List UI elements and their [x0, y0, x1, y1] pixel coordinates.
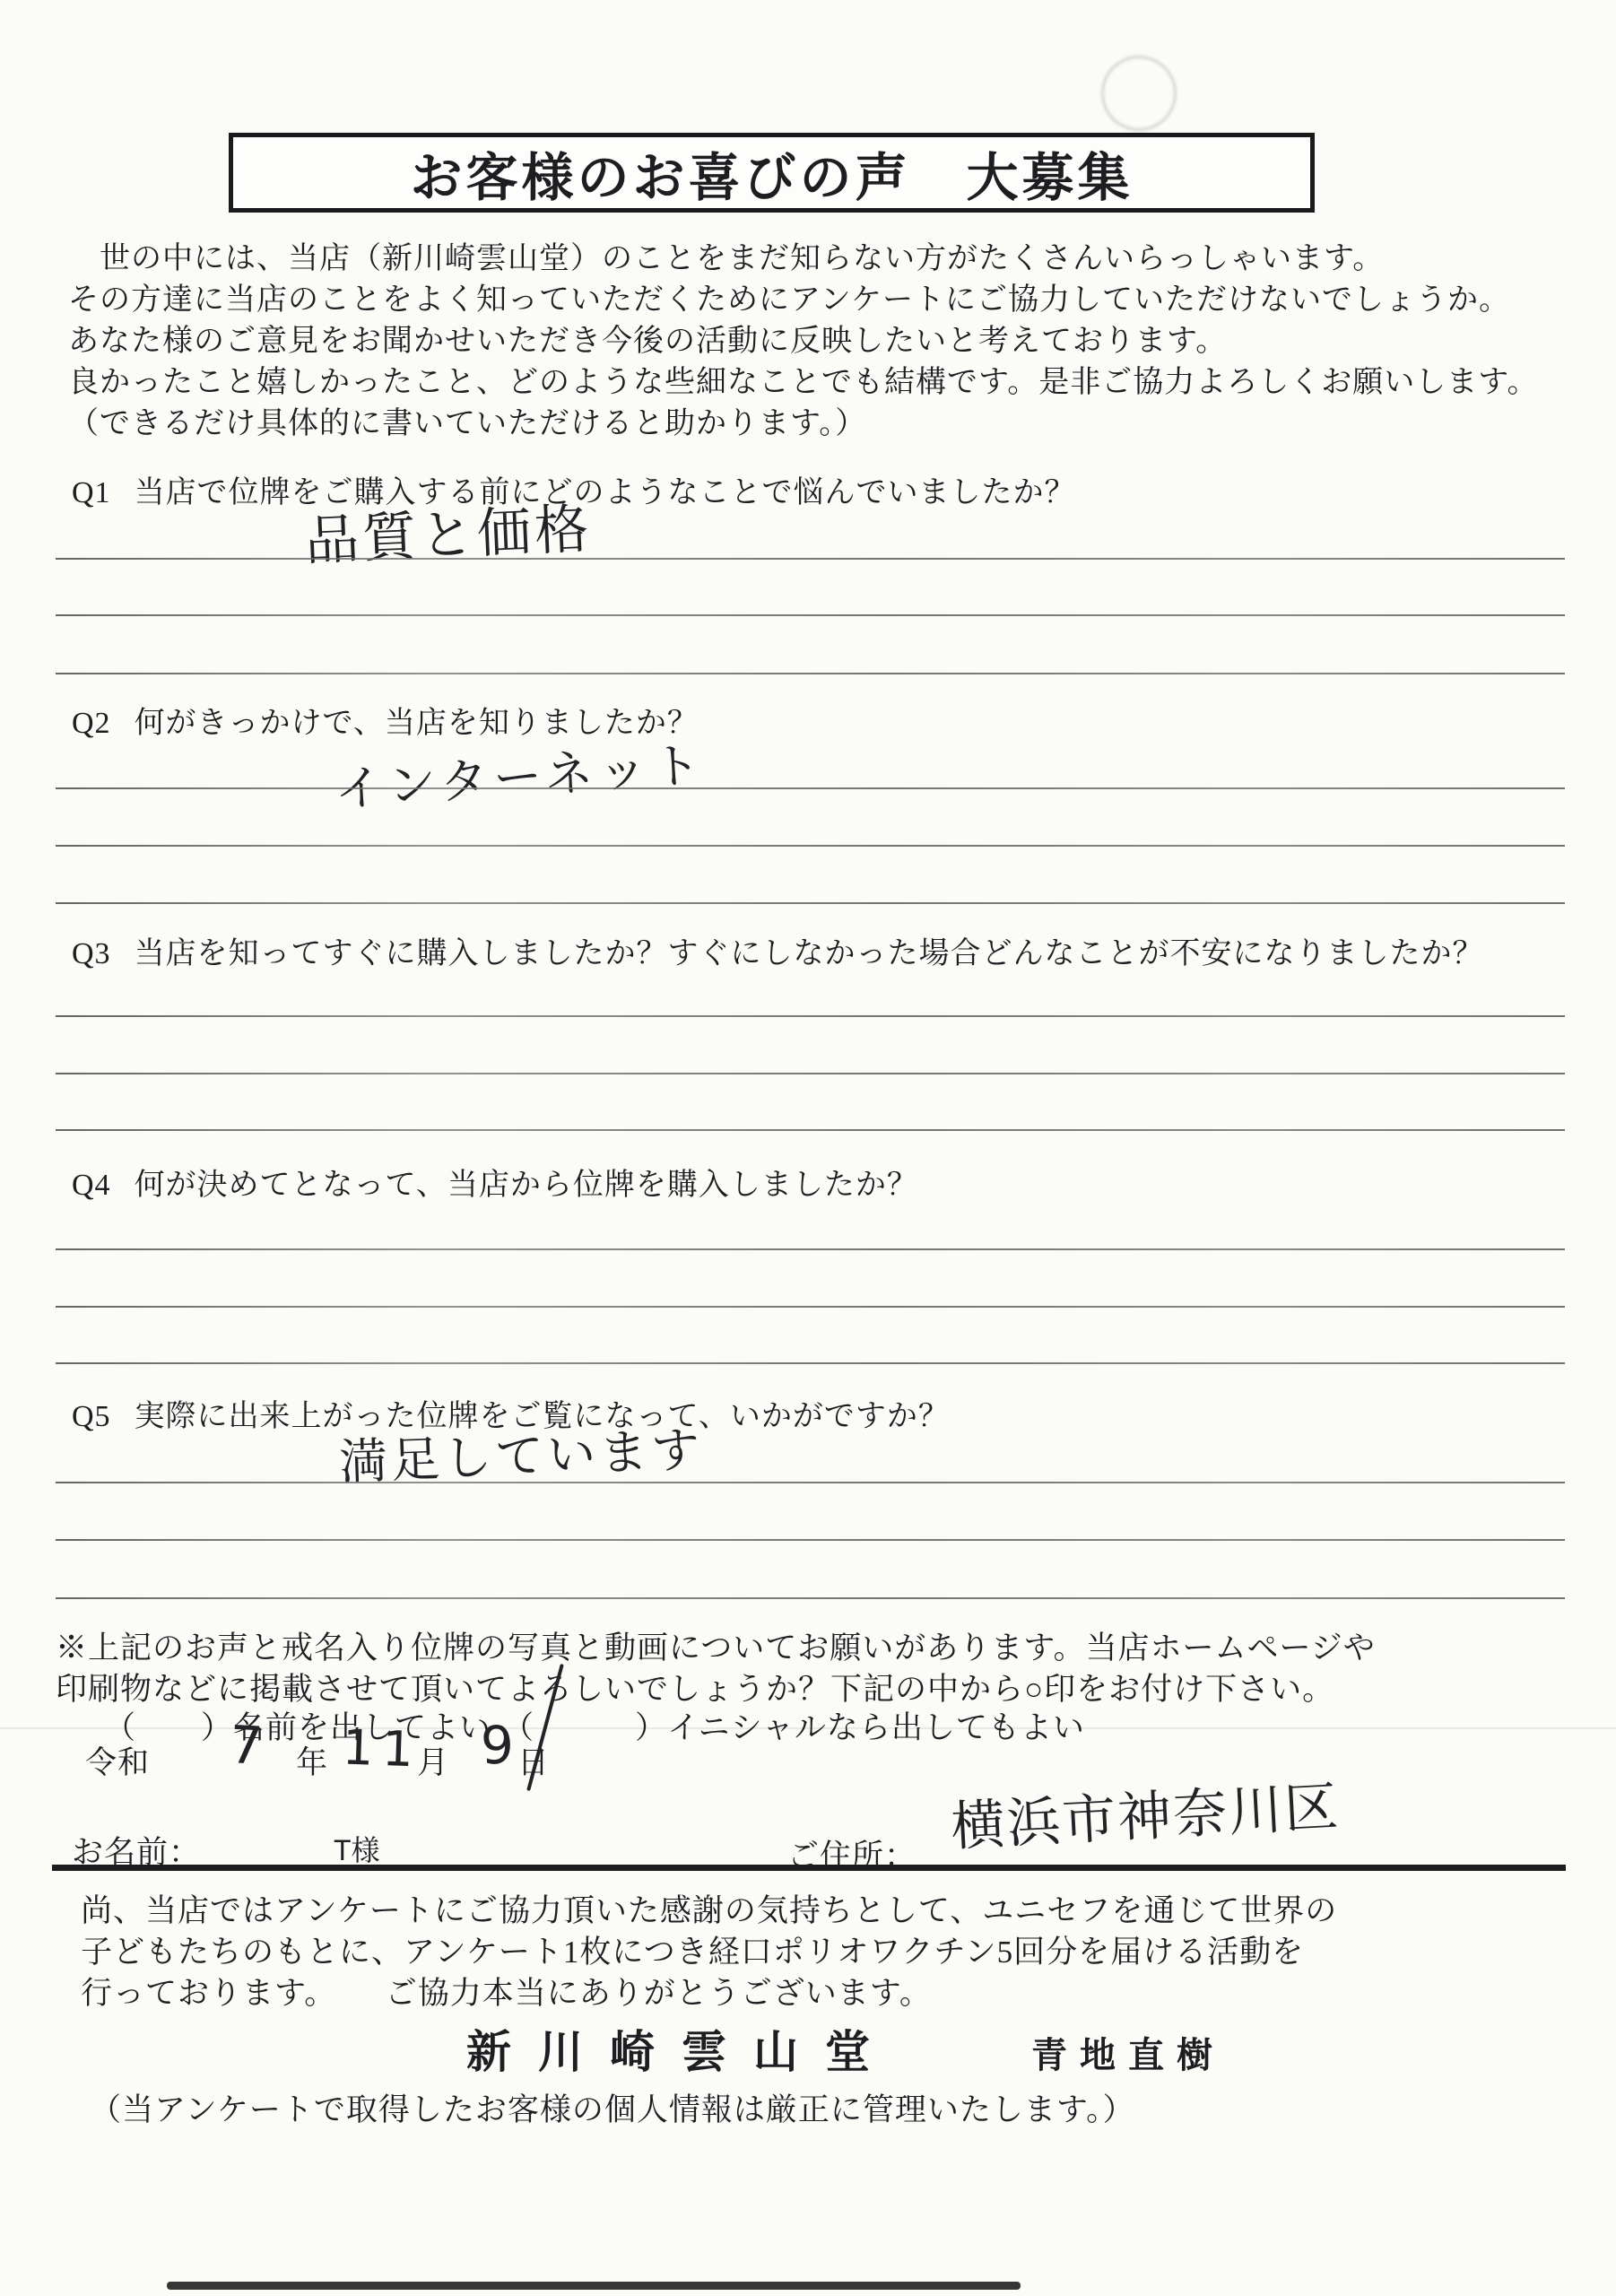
question-q4-text: 何が決めてとなって、当店から位牌を購入しましたか？: [135, 1169, 918, 1202]
question-q2-answer-line-2[interactable]: [56, 845, 1565, 847]
privacy-note: （当アンケートで取得したお客様の個人情報は厳正に管理いたします。）: [90, 2085, 1135, 2130]
shop-name: 新川崎雲山堂: [466, 2016, 897, 2081]
question-q4-number: Q4: [72, 1169, 111, 1203]
intro-line: その方達に当店のことをよく知っていただくためにアンケートにご協力していただけない…: [68, 280, 1539, 321]
name-field-value: T様: [334, 1828, 380, 1869]
date-day-handwriting: 9: [480, 1714, 515, 1776]
scanned-survey-document: お客様のお喜びの声 大募集 世の中には、当店（新川崎雲山堂）のことをまだ知らない…: [0, 0, 1616, 2296]
question-q3-text: 当店を知ってすぐに購入しましたか？すぐにしなかった場合どんなことが不安になりまし…: [135, 937, 1484, 970]
footer-line: 行っております。 ご協力本当にありがとうございます。: [81, 1973, 1337, 2014]
date-month-handwriting: 11: [342, 1718, 423, 1778]
representative-name: 青地直樹: [1031, 2027, 1225, 2078]
address-handwriting: 横浜市神奈川区: [949, 1764, 1342, 1862]
date-year-handwriting: 7: [228, 1714, 264, 1777]
consent-option-initial-label: ）イニシャルなら出してもよい: [635, 1710, 1085, 1745]
intro-line: 世の中には、当店（新川崎雲山堂）のことをまだ知らない方がたくさんいらっしゃいます…: [68, 239, 1539, 280]
footer-line: 子どもたちのもとに、アンケート1枚につき経口ポリオワクチン5回分を届ける活動を: [81, 1932, 1337, 1973]
question-q3-answer-line-1[interactable]: [56, 1015, 1565, 1017]
question-q1-answer-handwriting: 品質と価格: [303, 486, 593, 576]
footer-line: 尚、当店ではアンケートにご協力頂いた感謝の気持ちとして、ユニセフを通じて世界の: [81, 1891, 1337, 1932]
question-q4-answer-line-3[interactable]: [56, 1362, 1565, 1364]
date-year-unit: 年: [296, 1738, 328, 1783]
question-q2-answer-line-3[interactable]: [56, 902, 1565, 904]
question-q2-number: Q2: [72, 707, 111, 741]
question-q5-answer-line-3[interactable]: [56, 1597, 1565, 1599]
question-q5-number: Q5: [72, 1400, 111, 1434]
question-q4-answer-line-2[interactable]: [56, 1306, 1565, 1308]
question-q5-answer-line-2[interactable]: [56, 1539, 1565, 1541]
question-q3-answer-line-3[interactable]: [56, 1129, 1565, 1131]
consent-option-initial[interactable]: （）イニシャルなら出してもよい: [502, 1703, 1085, 1748]
title-box: お客様のお喜びの声 大募集: [229, 133, 1315, 213]
signature-divider-rule: [52, 1865, 1566, 1871]
question-q1-text: 当店で位牌をご購入する前にどのようなことで悩んでいましたか？: [135, 476, 1076, 509]
scan-crease-artifact: [1101, 56, 1177, 131]
question-q1-answer-line-2[interactable]: [56, 614, 1565, 616]
date-month-unit: 月: [417, 1738, 449, 1783]
question-q1-answer-line-1[interactable]: [56, 558, 1565, 560]
date-era-label: 令和: [85, 1738, 150, 1783]
question-q1-answer-line-3[interactable]: [56, 673, 1565, 674]
intro-paragraph: 世の中には、当店（新川崎雲山堂）のことをまだ知らない方がたくさんいらっしゃいます…: [68, 239, 1539, 445]
question-q4-label: Q4何が決めてとなって、当店から位牌を購入しましたか？: [72, 1160, 918, 1204]
question-q3-answer-line-2[interactable]: [56, 1073, 1565, 1074]
question-q2-answer-line-1[interactable]: [56, 787, 1565, 789]
consent-note-line-1: ※上記のお声と戒名入り位牌の写真と動画についてお願いがあります。当店ホームページ…: [56, 1623, 1376, 1668]
question-q3-label: Q3当店を知ってすぐに購入しましたか？すぐにしなかった場合どんなことが不安になり…: [72, 928, 1484, 972]
intro-line: （できるだけ具体的に書いていただけると助かります。）: [68, 404, 1539, 445]
question-q1-number: Q1: [72, 476, 111, 510]
scan-edge-streak-artifact: [167, 2282, 1021, 2290]
intro-line: 良かったこと嬉しかったこと、どのような些細なことでも結構です。是非ご協力よろしく…: [68, 362, 1539, 404]
date-day-unit: 日: [517, 1738, 550, 1783]
question-q5-answer-line-1[interactable]: [56, 1482, 1565, 1483]
question-q4-answer-line-1[interactable]: [56, 1248, 1565, 1250]
question-q3-number: Q3: [72, 937, 111, 971]
intro-line: あなた様のご意見をお聞かせいただき今後の活動に反映したいと考えております。: [68, 321, 1539, 362]
page-title: お客様のお喜びの声 大募集: [410, 135, 1133, 211]
footer-paragraph: 尚、当店ではアンケートにご協力頂いた感謝の気持ちとして、ユニセフを通じて世界の …: [81, 1891, 1337, 2014]
